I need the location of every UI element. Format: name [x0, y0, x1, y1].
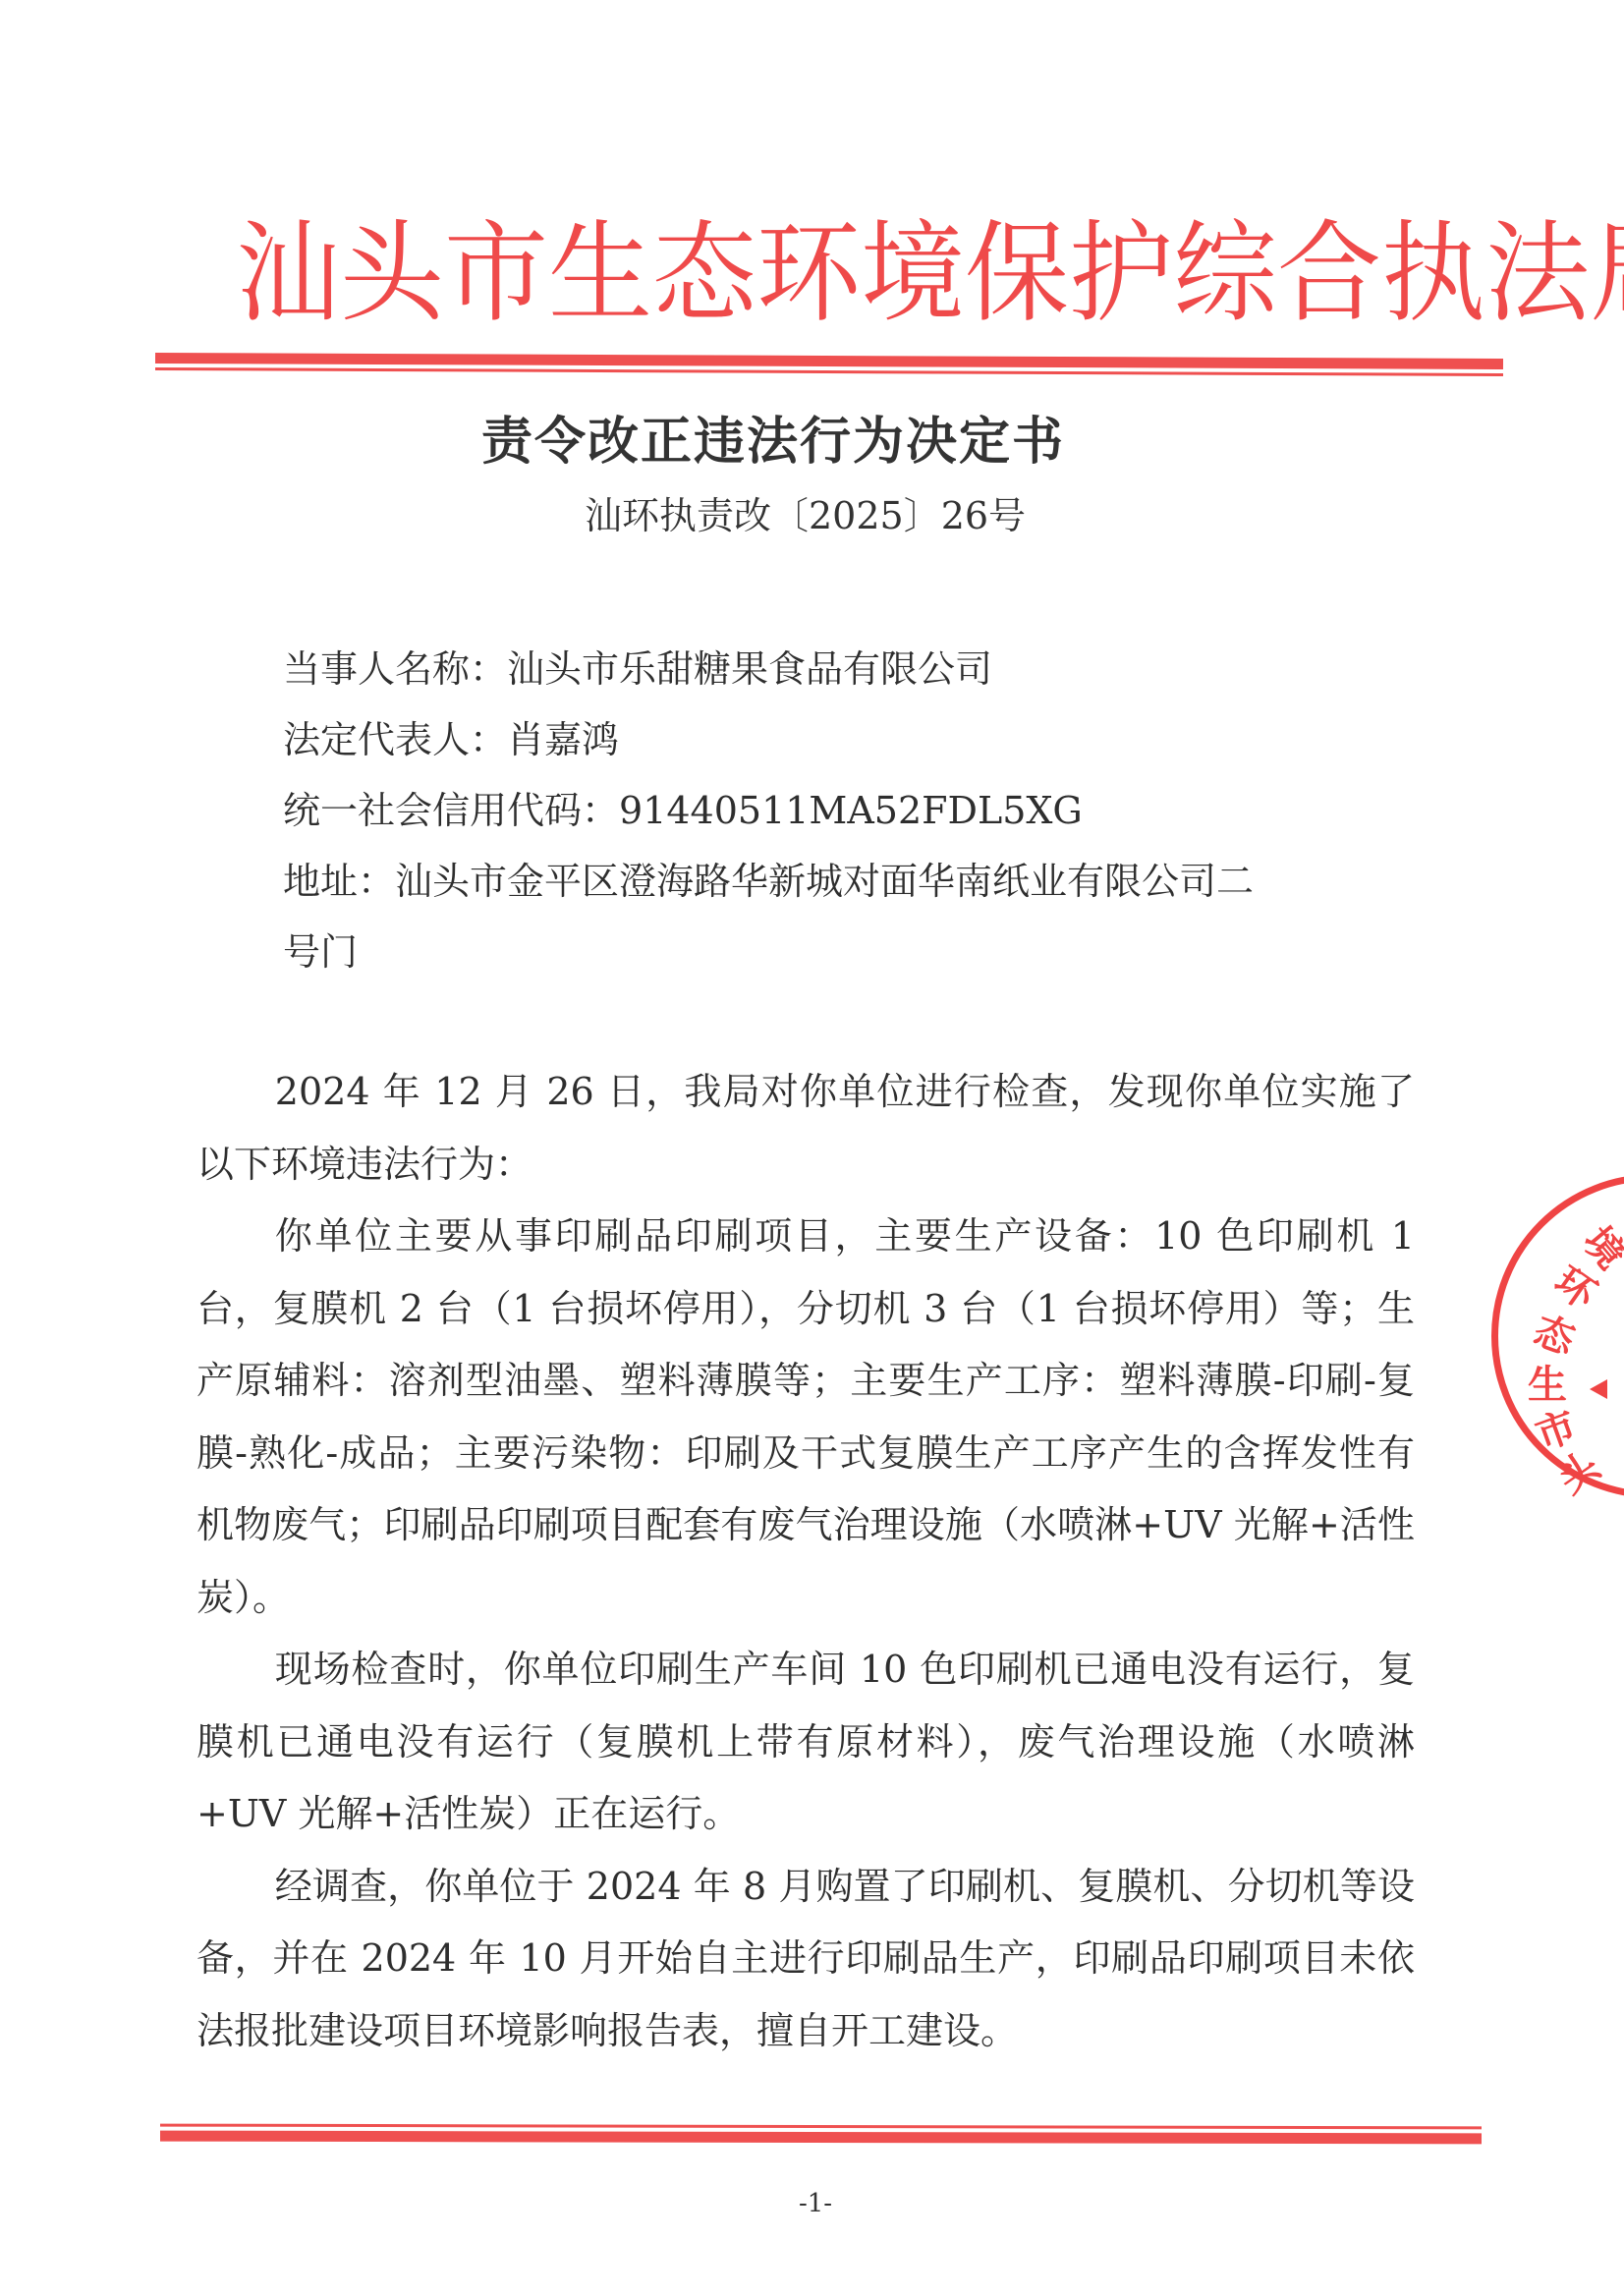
red-rule-thin — [160, 2124, 1482, 2130]
credit-code-value: 91440511MA52FDL5XG — [619, 789, 1083, 832]
document-title: 责令改正违法行为决定书 — [481, 408, 1169, 476]
red-rule-thick — [155, 353, 1503, 369]
document-body: 2024 年 12 月 26 日，我局对你单位进行检查，发现你单位实施了以下环境… — [196, 1056, 1415, 2067]
seal-text: 境 环 态 生 市 头 — [1518, 1218, 1624, 1474]
page-number: -1- — [776, 2189, 855, 2218]
footer-red-rule — [160, 2125, 1482, 2153]
address-row: 地址：汕头市金平区澄海路华新城对面华南纸业有限公司二 — [283, 846, 1442, 917]
address-value-continued: 号门 — [283, 930, 358, 974]
document-number: 汕环执责改〔2025〕26号 — [585, 491, 1026, 540]
address-row-continued: 号门 — [283, 917, 1442, 987]
party-name-row: 当事人名称：汕头市乐甜糖果食品有限公司 — [283, 634, 1442, 704]
party-name-value: 汕头市乐甜糖果食品有限公司 — [507, 647, 992, 691]
body-paragraph: 现场检查时，你单位印刷生产车间 10 色印刷机已通电没有运行，复膜机已通电没有运… — [196, 1634, 1415, 1851]
address-value: 汕头市金平区澄海路华新城对面华南纸业有限公司二 — [395, 860, 1254, 903]
credit-code-row: 统一社会信用代码：91440511MA52FDL5XG — [283, 775, 1442, 846]
agency-letterhead-title: 汕头市生态环境保护综合执法局 — [236, 196, 1454, 352]
legal-rep-value: 肖嘉鸿 — [507, 718, 619, 761]
legal-rep-row: 法定代表人：肖嘉鸿 — [283, 704, 1442, 775]
party-info: 当事人名称：汕头市乐甜糖果食品有限公司 法定代表人：肖嘉鸿 统一社会信用代码：9… — [283, 634, 1442, 987]
body-paragraph: 经调查，你单位于 2024 年 8 月购置了印刷机、复膜机、分切机等设备，并在 … — [196, 1851, 1415, 2068]
red-rule-thick — [160, 2131, 1482, 2145]
party-name-label: 当事人名称： — [283, 647, 507, 691]
address-label: 地址： — [283, 860, 395, 903]
credit-code-label: 统一社会信用代码： — [283, 789, 619, 832]
body-paragraph: 2024 年 12 月 26 日，我局对你单位进行检查，发现你单位实施了以下环境… — [196, 1056, 1415, 1201]
body-paragraph: 你单位主要从事印刷品印刷项目，主要生产设备：10 色印刷机 1 台，复膜机 2 … — [196, 1201, 1415, 1634]
legal-rep-label: 法定代表人： — [283, 718, 507, 761]
red-rule-thin — [155, 367, 1503, 376]
letterhead-red-rule — [155, 356, 1503, 379]
